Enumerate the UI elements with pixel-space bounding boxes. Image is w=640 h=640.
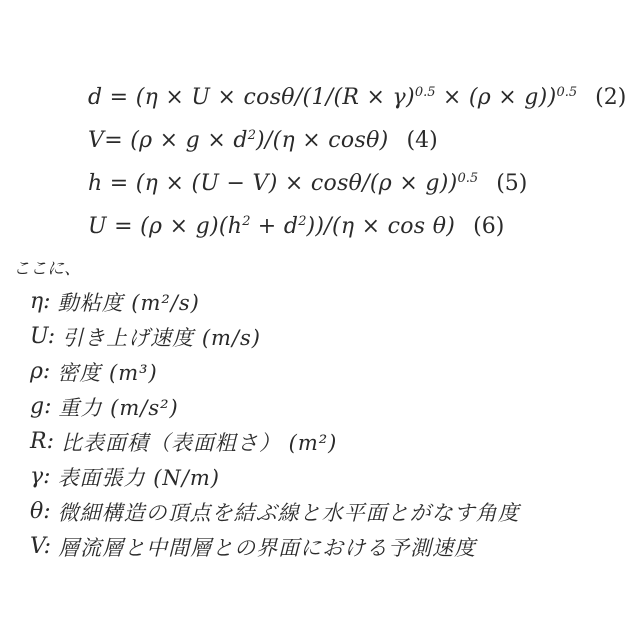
equation-number: (4): [407, 128, 438, 153]
equation-text: h = (η × (U − V) × cosθ/(ρ × g)): [88, 171, 458, 196]
definition-symbol: ρ:: [30, 359, 50, 384]
where-label: ここに、: [13, 248, 640, 284]
equation-number: (5): [496, 171, 527, 196]
definition-symbol: γ:: [30, 464, 51, 489]
definition-item: U:引き上げ速度 (m/s): [30, 319, 640, 354]
equation: h = (η × (U − V) × cosθ/(ρ × g))0.5(5): [88, 162, 640, 205]
equation-number: (6): [473, 214, 504, 239]
definition-text: 比表面積（表面粗さ） (m²): [61, 427, 337, 457]
equation-text: V= (ρ × g × d: [88, 128, 248, 153]
definition-text: 表面張力 (N/m): [58, 462, 220, 492]
definition-item: θ:微細構造の頂点を結ぶ線と水平面とがなす角度: [30, 494, 640, 529]
equation-superscript: 0.5: [415, 85, 436, 100]
definition-text: 動粘度 (m²/s): [58, 287, 200, 317]
definition-symbol: g:: [30, 394, 52, 419]
equation: d = (η × U × cosθ/(1/(R × γ)0.5 × (ρ × g…: [88, 76, 640, 119]
definition-text: 重力 (m/s²): [59, 392, 179, 422]
definition-item: V:層流層と中間層との界面における予測速度: [30, 529, 640, 564]
definitions-list: η:動粘度 (m²/s)U:引き上げ速度 (m/s)ρ:密度 (m³)g:重力 …: [30, 284, 640, 564]
definition-item: R:比表面積（表面粗さ） (m²): [30, 424, 640, 459]
document-page: d = (η × U × cosθ/(1/(R × γ)0.5 × (ρ × g…: [0, 0, 640, 640]
equation-superscript: 0.5: [556, 85, 577, 100]
definition-symbol: U:: [30, 324, 55, 349]
equation-superscript: 2: [248, 128, 256, 143]
definition-symbol: η:: [30, 289, 51, 314]
equation: U = (ρ × g)(h2 + d2))/(η × cos θ)(6): [88, 205, 640, 248]
equation-expression: h = (η × (U − V) × cosθ/(ρ × g))0.5: [88, 171, 478, 196]
definition-text: 層流層と中間層との界面における予測速度: [58, 532, 476, 562]
equation-superscript: 0.5: [458, 171, 479, 186]
definition-symbol: R:: [30, 429, 54, 454]
equation: V= (ρ × g × d2)/(η × cosθ)(4): [88, 119, 640, 162]
equation-text: )/(η × cosθ): [256, 128, 388, 153]
definition-symbol: V:: [30, 534, 51, 559]
equation-expression: d = (η × U × cosθ/(1/(R × γ)0.5 × (ρ × g…: [88, 85, 577, 110]
equations-block: d = (η × U × cosθ/(1/(R × γ)0.5 × (ρ × g…: [88, 0, 640, 248]
equation-expression: U = (ρ × g)(h2 + d2))/(η × cos θ): [88, 214, 455, 239]
equation-text: U = (ρ × g)(h: [88, 214, 242, 239]
equation-text: + d: [251, 214, 299, 239]
equation-expression: V= (ρ × g × d2)/(η × cosθ): [88, 128, 389, 153]
equation-text: × (ρ × g)): [436, 85, 557, 110]
equation-superscript: 2: [242, 214, 250, 229]
definition-text: 引き上げ速度 (m/s): [62, 322, 261, 352]
equation-text: ))/(η × cos θ): [306, 214, 455, 239]
definition-symbol: θ:: [30, 499, 51, 524]
definition-item: g:重力 (m/s²): [30, 389, 640, 424]
definition-text: 密度 (m³): [57, 357, 157, 387]
definition-item: η:動粘度 (m²/s): [30, 284, 640, 319]
definition-item: ρ:密度 (m³): [30, 354, 640, 389]
definition-item: γ:表面張力 (N/m): [30, 459, 640, 494]
definition-text: 微細構造の頂点を結ぶ線と水平面とがなす角度: [58, 497, 520, 527]
equation-text: d = (η × U × cosθ/(1/(R × γ): [88, 85, 415, 110]
equation-number: (2): [595, 85, 626, 110]
